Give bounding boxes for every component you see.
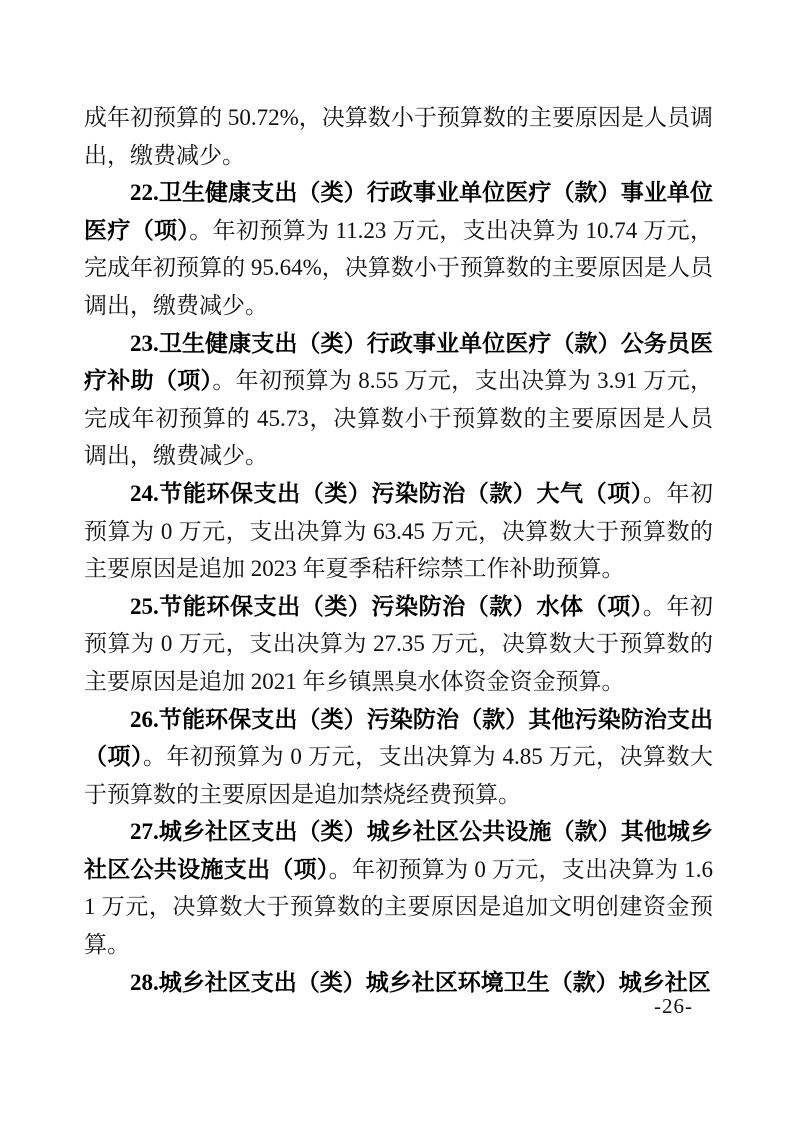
paragraph-clause-28: 28.城乡社区支出（类）城乡社区环境卫生（款）城乡社区 bbox=[84, 964, 713, 1002]
paragraph-clause-23: 23.卫生健康支出（类）行政事业单位医疗（款）公务员医疗补助（项）。年初预算为 … bbox=[84, 325, 713, 475]
page-number: -26- bbox=[654, 988, 693, 1026]
clause-heading-text: 25.节能环保支出（类）污染防治（款）水体（项） bbox=[130, 594, 643, 619]
clause-body-text: 。年初预算为 0 万元，支出决算为 4.85 万元，决算数大于预算数的主要原因是… bbox=[84, 744, 713, 807]
paragraph-clause-26: 26.节能环保支出（类）污染防治（款）其他污染防治支出（项）。年初预算为 0 万… bbox=[84, 701, 713, 814]
clause-heading-text: 28.城乡社区支出（类）城乡社区环境卫生（款）城乡社区 bbox=[130, 970, 711, 995]
paragraph-clause-21-continuation: 成年初预算的 50.72%，决算数小于预算数的主要原因是人员调出，缴费减少。 bbox=[84, 99, 713, 174]
paragraph-clause-24: 24.节能环保支出（类）污染防治（款）大气（项）。年初预算为 0 万元，支出决算… bbox=[84, 475, 713, 588]
clause-heading-text: 24.节能环保支出（类）污染防治（款）大气（项） bbox=[130, 481, 643, 506]
paragraph-clause-25: 25.节能环保支出（类）污染防治（款）水体（项）。年初预算为 0 万元，支出决算… bbox=[84, 588, 713, 701]
document-page: 成年初预算的 50.72%，决算数小于预算数的主要原因是人员调出，缴费减少。 2… bbox=[0, 0, 793, 1122]
paragraph-clause-27: 27.城乡社区支出（类）城乡社区公共设施（款）其他城乡社区公共设施支出（项）。年… bbox=[84, 813, 713, 963]
clause-body-text: 成年初预算的 50.72%，决算数小于预算数的主要原因是人员调出，缴费减少。 bbox=[84, 105, 713, 168]
paragraph-clause-22: 22.卫生健康支出（类）行政事业单位医疗（款）事业单位医疗（项）。年初预算为 1… bbox=[84, 174, 713, 324]
